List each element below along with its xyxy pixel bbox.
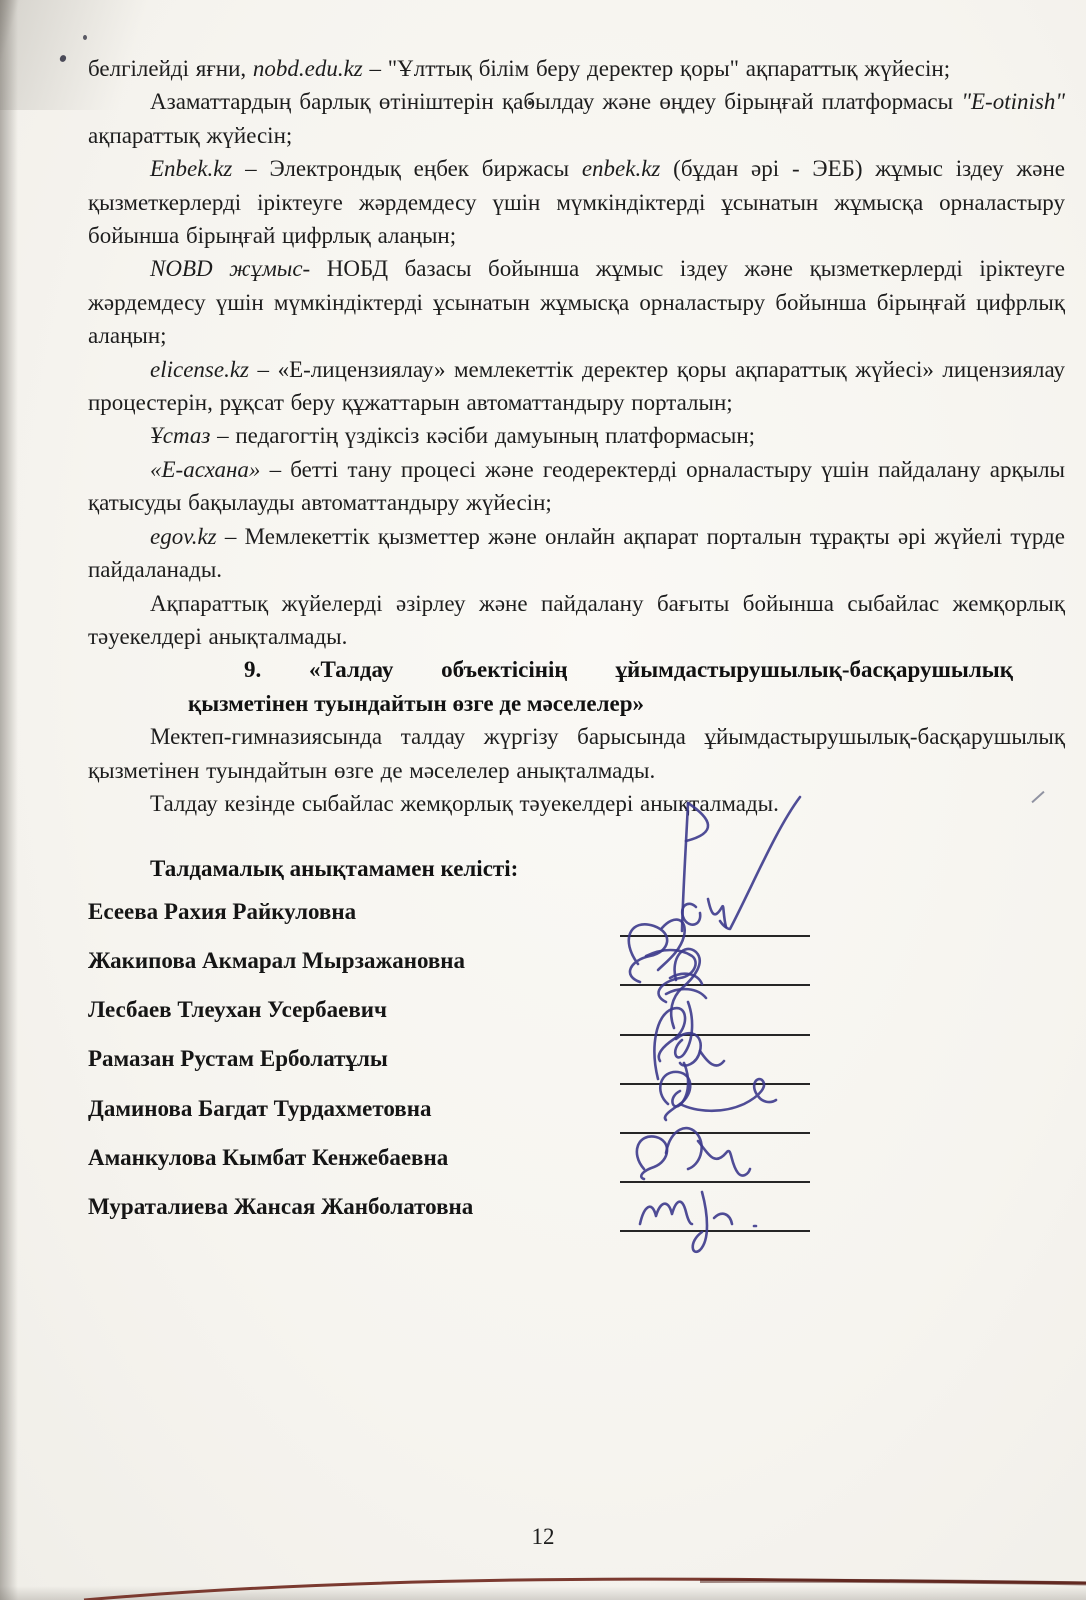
scanned-document-page: белгілейді яғни, nobd.edu.kz – "Ұлттық б…: [0, 0, 1086, 1600]
ink-speck: [83, 35, 87, 40]
paragraph: Ұстаз – педагогтің үздіксіз кәсіби дамуы…: [88, 419, 1065, 452]
paragraph: Мектеп-гимназиясында талдау жүргізу бары…: [88, 720, 1065, 787]
section-9-heading: 9. «Талдау объектісінің ұйымдастырушылық…: [188, 653, 1013, 720]
signatory-row: Мураталиева Жансая Жанболатовна: [88, 1183, 828, 1232]
scan-bottom-edge-line: [0, 1572, 1086, 1600]
paragraph: Талдау кезінде сыбайлас жемқорлық тәуеке…: [88, 787, 1065, 820]
document-body: белгілейді яғни, nobd.edu.kz – "Ұлттық б…: [88, 52, 1065, 820]
paragraph: «Е-асхана» – бетті тану процесі және гео…: [88, 453, 1065, 520]
signatory-name: Есеева Рахия Райкуловна: [88, 895, 620, 937]
signatory-name: Мураталиева Жансая Жанболатовна: [88, 1190, 620, 1232]
signatory-name: Лесбаев Тлеухан Усербаевич: [88, 993, 620, 1035]
signatory-list: Есеева Рахия Райкуловна Жакипова Акмарал…: [88, 888, 828, 1232]
paragraph: белгілейді яғни, nobd.edu.kz – "Ұлттық б…: [88, 52, 1065, 85]
signatory-name: Даминова Багдат Турдахметовна: [88, 1092, 620, 1134]
signatory-name: Аманкулова Кымбат Кенжебаевна: [88, 1141, 620, 1183]
paragraph: NOBD жұмыс- НОБД базасы бойынша жұмыс із…: [88, 252, 1065, 352]
signature-line: [620, 1183, 810, 1232]
signatory-name: Жакипова Акмарал Мырзажановна: [88, 944, 620, 986]
page-number: 12: [0, 1524, 1086, 1550]
scan-left-edge-shadow: [0, 0, 18, 1600]
paragraph: egov.kz – Мемлекеттік қызметтер және онл…: [88, 520, 1065, 587]
paragraph: Enbek.kz – Электрондық еңбек биржасы enb…: [88, 152, 1065, 252]
signatory-name: Рамазан Рустам Ерболатұлы: [88, 1042, 620, 1084]
paragraph: Ақпараттық жүйелерді әзірлеу және пайдал…: [88, 587, 1065, 654]
signature-ink: [608, 1086, 848, 1262]
paragraph: elicense.kz – «Е-лицензиялау» мемлекетті…: [88, 353, 1065, 420]
signoff-title: Талдамалық анықтамамен келісті:: [150, 852, 518, 885]
paragraph: Азаматтардың барлық өтініштерін қабылдау…: [88, 85, 1065, 152]
